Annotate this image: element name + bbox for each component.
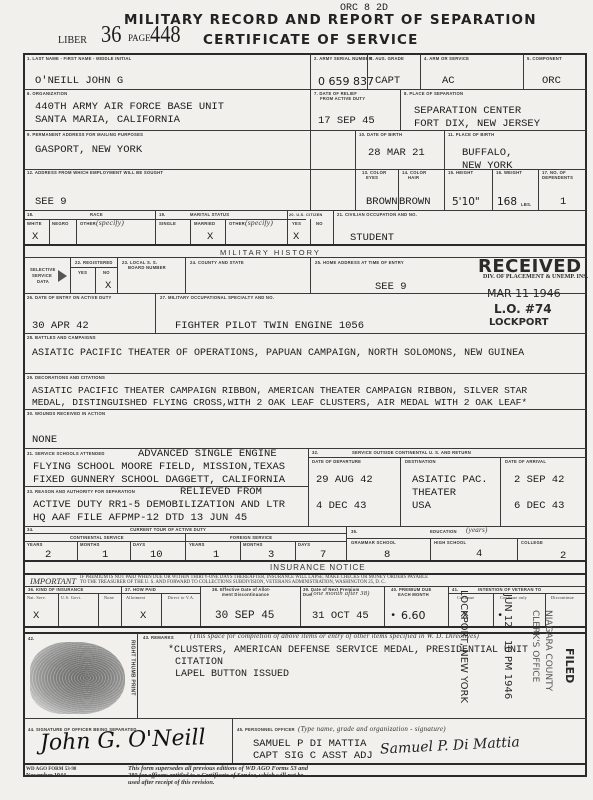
continental-label: CONTINENTAL SERVICE [70,536,124,541]
received-stamp-place: LOCKPORT [489,317,549,328]
supersede-notice: This form supersedes all previous editio… [128,766,313,787]
important-label: IMPORTANT [30,576,76,586]
schools-line1: ADVANCED SINGLE ENGINE [138,448,277,461]
hair-label2: HAIR [408,176,419,181]
education-label: EDUCATION [430,530,457,535]
insurance-heading: INSURANCE NOTICE [270,563,366,572]
cont-days-header: DAYS [133,543,145,548]
eyes-label2: EYES [366,176,378,181]
grade-label: 3. AUS. GRADE [370,57,404,62]
schools-line3: FIXED GUNNERY SCHOOL DAGGETT, CALIFORNIA [33,474,285,487]
form-subtitle: CERTIFICATE OF SERVICE [203,32,419,48]
separation-reason-line3: HQ AAF FILE AFPMP-12 DTD 13 JUN 45 [33,512,247,525]
weight-label: 16. WEIGHT [496,171,522,176]
received-stamp-division: DIV. OF PLACEMENT & UNEMP. INS. [483,274,588,280]
high-header: HIGH SCHOOL [434,541,466,546]
intention-label: INTENTION OF VETERAN TO [478,588,541,593]
insurance-kind-label: 36. KIND OF INSURANCE [28,588,84,593]
marital-single: SINGLE [159,222,176,227]
grammar-header: GRAMMAR SCHOOL [351,541,396,546]
overseas-row1-arrival: 2 SEP 42 [514,474,564,487]
dependents-value: 1 [560,196,566,209]
overseas-row1-destination2: THEATER [412,487,456,500]
page-label: PAGE [128,33,151,43]
cont-months-header: MONTHS [80,543,100,548]
how-paid-mark: X [140,610,146,623]
intention-discontinue: Discontinue [551,596,574,601]
overseas-row2-arrival: 6 DEC 43 [514,500,564,513]
home-address-label: 25. HOME ADDRESS AT TIME OF ENTRY [315,261,404,266]
home-address-value: SEE 9 [375,281,407,294]
kind-none: None [104,596,114,601]
decorations-label: 29. DECORATIONS AND CITATIONS [27,376,105,381]
next-premium-value: 31 OCT 45 [312,610,369,623]
overseas-num: 32. [312,451,319,456]
organization-line2: SANTA MARIA, CALIFORNIA [35,114,180,127]
citizen-yes: YES [292,222,301,227]
marital-num: 19. [159,213,166,218]
relief-date-label2: FROM ACTIVE DUTY [320,97,365,102]
thumb-num: 42. [28,637,35,642]
decorations-line2: MEDAL, DISTINGUISHED FLYING CROSS,WITH 2… [32,397,527,409]
separation-reason-line2: ACTIVE DUTY RR1-5 DEMOBILIZATION AND LTR [33,499,285,512]
liber-label: LIBER [58,35,87,46]
relief-date-value: 17 SEP 45 [318,115,375,128]
separation-reason-line1: RELIEVED FROM [180,486,262,499]
entry-date-label: 26. DATE OF ENTRY ON ACTIVE DUTY [27,296,112,301]
organization-label: 6. ORGANIZATION [27,92,67,97]
height-label: 15. HEIGHT [448,171,473,176]
registered-label: 22. REGISTERED [75,261,113,266]
premium-prefix: • [390,610,396,623]
registered-yes: YES [78,271,87,276]
birth-date-label: 10. DATE OF BIRTH [359,133,402,138]
race-label: RACE [90,213,103,218]
overseas-label: SERVICE OUTSIDE CONTINENTAL U. S. AND RE… [352,451,471,456]
selective-service-label3: DATA [37,280,49,285]
overseas-row2-destination: USA [412,500,431,513]
overseas-row2-departure: 4 DEC 43 [316,500,366,513]
occupation-value: STUDENT [350,232,394,245]
foreign-label: FOREIGN SERVICE [230,536,272,541]
overseas-row1-destination: ASIATIC PAC. [412,474,488,487]
remarks-spec: (This space for completion of above item… [190,633,479,641]
overseas-row1-departure: 29 AUG 42 [316,474,373,487]
personnel-officer-label: 45. PERSONNEL OFFICER [237,728,295,733]
arm-label: 4. ARM OR SERVICE [424,57,469,62]
serial-value: 0 659 837 [318,75,374,88]
personnel-officer-spec: (Type name, grade and organization - sig… [298,726,446,734]
premium-label2: EACH MONTH [398,593,429,598]
permanent-address-value: GASPORT, NEW YORK [35,144,142,157]
decorations-line1: ASIATIC PACIFIC THEATER CAMPAIGN RIBBON,… [32,385,527,397]
personnel-officer-line1: SAMUEL P DI MATTIA [253,738,366,751]
county-stamp-place: LOCKPORT, NEW YORK [458,590,469,703]
tour-label: CURRENT TOUR OF ACTIVE DUTY [130,528,206,533]
personnel-officer-line2: CAPT SIG C ASST ADJ [253,750,373,763]
schools-label: 31. SERVICE SCHOOLS ATTENDED [27,452,105,457]
mos-value: FIGHTER PILOT TWIN ENGINE 1056 [175,320,364,333]
form-id-line2: November 1944 [26,773,66,779]
wounds-label: 30. WOUNDS RECEIVED IN ACTION [27,412,105,417]
weight-value: 168 [497,196,517,209]
battles-value: ASIATIC PACIFIC THEATER OF OPERATIONS, P… [32,348,524,360]
separation-place-line1: SEPARATION CENTER [414,105,521,118]
kind-natserv: Nat. Serv. [27,596,46,601]
race-other-spec: (specify) [96,219,124,227]
employment-address-label: 12. ADDRESS FROM WHICH EMPLOYMENT WILL B… [27,171,163,176]
liber-number: 36 [101,22,121,49]
how-paid-allotment: Allotment [126,596,145,601]
board-label2: BOARD NUMBER [128,266,166,271]
separation-place-label: 8. PLACE OF SEPARATION [404,92,463,97]
county-stamp-line1: NIAGARA COUNTY [543,610,553,691]
weight-unit: LBS. [521,203,532,208]
race-other: OTHER [80,222,96,227]
component-value: ORC [542,75,561,88]
employment-address-value: SEE 9 [35,196,67,209]
next-premium-spec: (one month after 38) [311,590,370,597]
high-value: 4 [476,548,482,561]
race-white: WHITE [27,222,42,227]
tour-num: 34. [27,528,34,533]
premium-value: 6.60 [401,609,426,622]
registered-mark: X [105,280,111,293]
grade-value: CAPT [375,75,400,88]
overseas-header-arrival: DATE OF ARRIVAL [505,460,546,465]
received-stamp-date: MAR 11 1946 [487,287,561,300]
military-history-heading: MILITARY HISTORY [220,248,321,257]
citizen-mark: X [293,231,299,244]
occupation-label: 21. CIVILIAN OCCUPATION AND NO. [337,213,417,218]
birth-date-value: 28 MAR 21 [368,147,425,160]
allotment-disc-value: 30 SEP 45 [215,610,274,623]
kind-mark: X [33,610,39,623]
permanent-address-label: 9. PERMANENT ADDRESS FOR MAILING PURPOSE… [27,133,143,138]
marital-married: MARRIED [194,222,215,227]
dependents-label2: DEPENDENTS [542,176,573,181]
serial-label: 2. ARMY SERIAL NUMBER [314,57,372,62]
foreign-months-header: MONTHS [243,543,263,548]
overseas-header-departure: DATE OF DEPARTURE [312,460,361,465]
separation-place-line2: FORT DIX, NEW JERSEY [414,118,540,131]
birth-place-line1: BUFFALO, [462,147,512,160]
form-title: MILITARY RECORD AND REPORT OF SEPARATION [124,12,537,28]
race-num: 18. [27,213,34,218]
component-label: 5. COMPONENT [527,57,562,62]
filed-stamp: FILED [563,648,576,683]
college-header: COLLEGE [521,541,543,546]
height-value: 5'10" [452,196,480,209]
organization-line1: 440TH ARMY AIR FORCE BASE UNIT [35,101,224,114]
battles-label: 28. BATTLES AND CAMPAIGNS [27,336,96,341]
selective-service-label1: SELECTIVE [30,268,56,273]
entry-date-value: 30 APR 42 [32,320,89,333]
wounds-value: NONE [32,434,57,447]
form-id-line1: WD AGO FORM 53-98 [26,767,76,772]
county-label: 24. COUNTY AND STATE [190,261,244,266]
hair-value: BROWN [399,196,431,209]
marital-label: MARITAL STATUS [190,213,229,218]
race-negro: NEGRO [52,222,69,227]
education-spec: (years) [466,527,488,535]
foreign-years-header: YEARS [189,543,205,548]
received-stamp-office: L.O. #74 [494,302,552,316]
arm-value: AC [442,75,455,88]
remarks-line3: LAPEL BUTTON ISSUED [175,669,289,681]
race-mark: X [32,231,38,244]
county-stamp-date: JUN 12 [502,594,513,628]
county-stamp-line2: CLERK'S OFFICE [530,610,540,682]
how-paid-direct: Direct to V.A. [166,596,196,601]
kind-usgovt: U.S. Govt. [61,596,81,601]
foreign-days-header: DAYS [298,543,310,548]
remarks-label: 43. REMARKS [143,636,174,641]
eyes-value: BROWN [366,196,398,209]
citizen-no: NO [316,222,323,227]
selective-service-label2: SERVICE [32,274,52,279]
citizen-label: 20. U.S. CITIZEN [289,213,323,217]
thumb-label: RIGHT THUMB PRINT [129,640,135,696]
important-text2: TO THE TREASURER OF THE U. S. AND FORWAR… [80,580,386,585]
education-num: 35. [351,530,358,535]
overseas-header-destination: DESTINATION [405,460,436,465]
marital-other: OTHER [229,222,245,227]
name-value: O'NEILL JOHN G [35,75,123,88]
cont-years-header: YEARS [27,543,43,548]
remarks-line1: *CLUSTERS, AMERICAN DEFENSE SERVICE MEDA… [168,645,528,657]
separation-reason-label: 33. REASON AND AUTHORITY FOR SEPARATION [27,490,135,495]
allotment-disc-label2: ment Discontinuance [222,593,269,598]
marital-mark: X [207,231,213,244]
how-paid-label: 37. HOW PAID [125,588,156,593]
mos-label: 27. MILITARY OCCUPATIONAL SPECIALTY AND … [160,296,274,301]
county-stamp-time: 10 PM 1946 [502,640,513,699]
remarks-line2: CITATION [175,657,223,669]
name-label: 1. LAST NAME - FIRST NAME - MIDDLE INITI… [27,57,131,62]
page-number: 448 [150,22,181,49]
arrow-right-icon [58,270,67,282]
form-annotation: ORC 8 2D [340,3,388,14]
schools-line2: FLYING SCHOOL MOORE FIELD, MISSION,TEXAS [33,461,285,474]
birth-place-label: 11. PLACE OF BIRTH [448,133,494,138]
registered-no: NO [103,271,110,276]
marital-other-spec: (specify) [245,219,273,227]
